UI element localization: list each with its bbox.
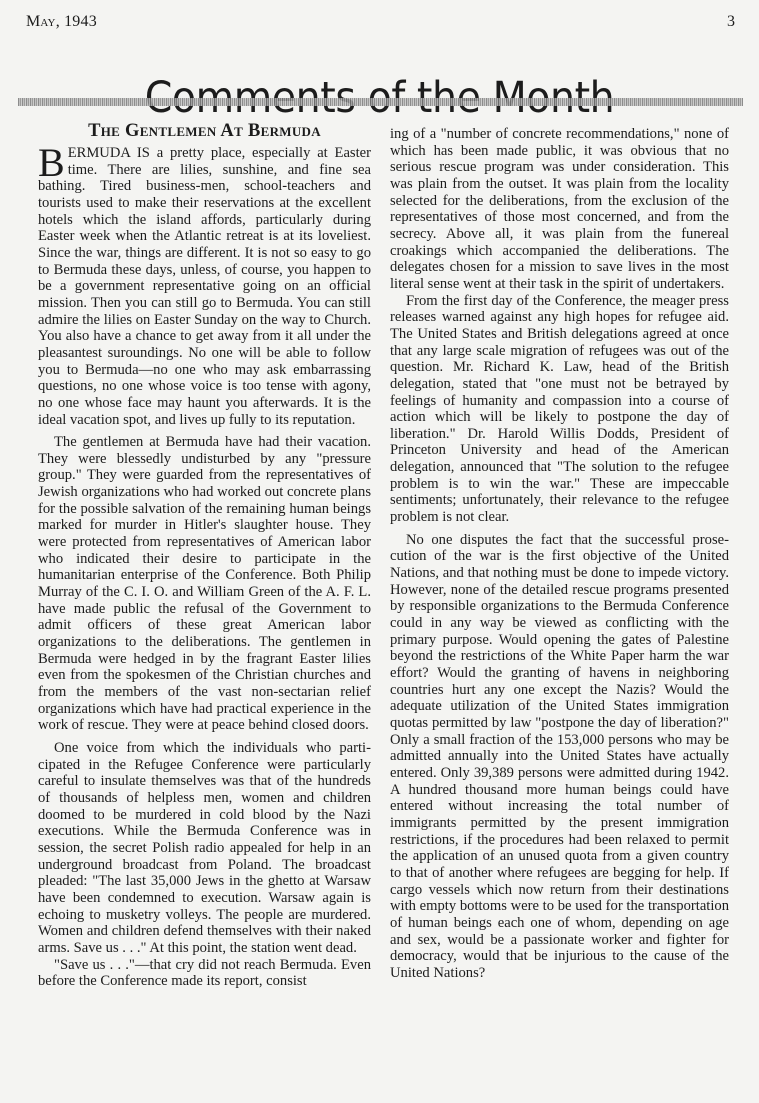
running-head: May, 1943 3	[26, 12, 735, 32]
article-paragraph: ing of a "number of concrete recommendat…	[390, 126, 729, 293]
drop-cap: B	[38, 146, 68, 178]
article-paragraph: From the first day of the Conference, th…	[390, 293, 729, 526]
article-paragraph: One voice from which the individuals who…	[38, 740, 371, 957]
magazine-page: May, 1943 3 Comments of the Month The Ge…	[0, 0, 759, 1103]
title-divider-rule	[18, 98, 743, 106]
article-heading: The Gentlemen At Bermuda	[38, 120, 371, 142]
right-column: ing of a "number of concrete recommendat…	[390, 126, 729, 981]
article-paragraph: The gentlemen at Bermuda have had their …	[38, 434, 371, 734]
issue-date: May, 1943	[26, 12, 97, 32]
article-paragraph: No one disputes the fact that the succes…	[390, 532, 729, 982]
article-paragraph: "Save us . . ."—that cry did not reach B…	[38, 957, 371, 990]
page-number: 3	[727, 12, 735, 32]
left-column: The Gentlemen At Bermuda BERMUDA IS a pr…	[38, 120, 371, 990]
article-paragraph: BERMUDA IS a pretty place, especially at…	[38, 145, 371, 428]
